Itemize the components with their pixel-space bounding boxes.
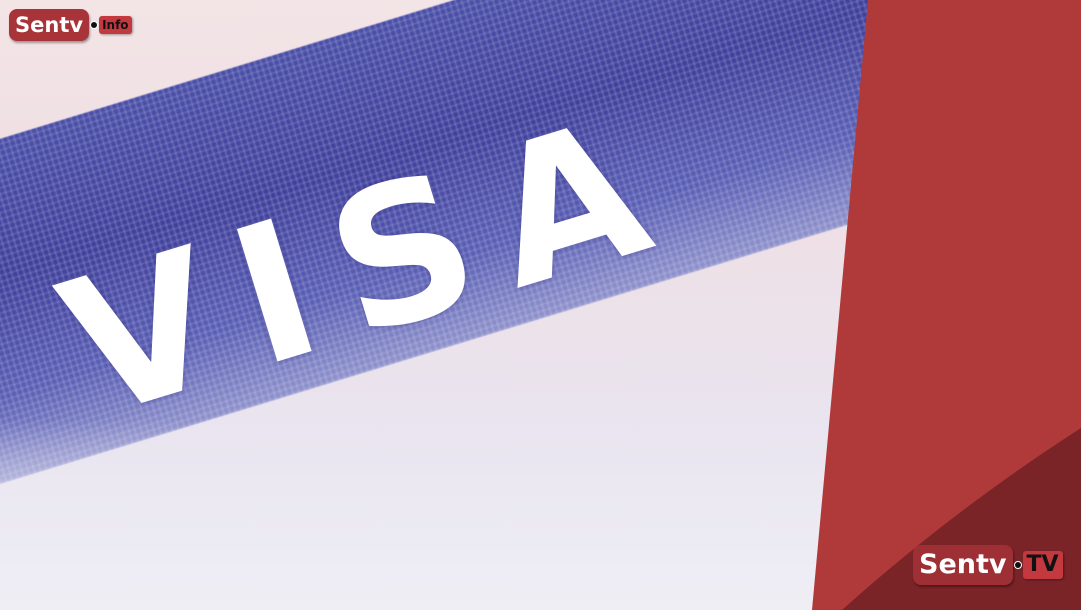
logo-brand-suffix: tv [59,13,83,37]
logo-tag: Info [99,16,131,34]
logo-brand-pill: Sentv [913,545,1013,585]
sentv-tv-logo: Sentv TV [913,545,1063,585]
logo-tag: TV [1023,551,1063,579]
logo-dot-icon [1014,561,1022,569]
red-side-panel [0,0,1081,610]
logo-brand-text: Sen [15,13,59,37]
logo-brand-text: Sen [919,549,976,580]
logo-brand-suffix: tv [976,549,1007,580]
logo-brand-pill: Sentv [9,9,89,41]
sentv-info-logo: Sentv Info [9,9,132,41]
logo-dot-icon [90,21,98,29]
